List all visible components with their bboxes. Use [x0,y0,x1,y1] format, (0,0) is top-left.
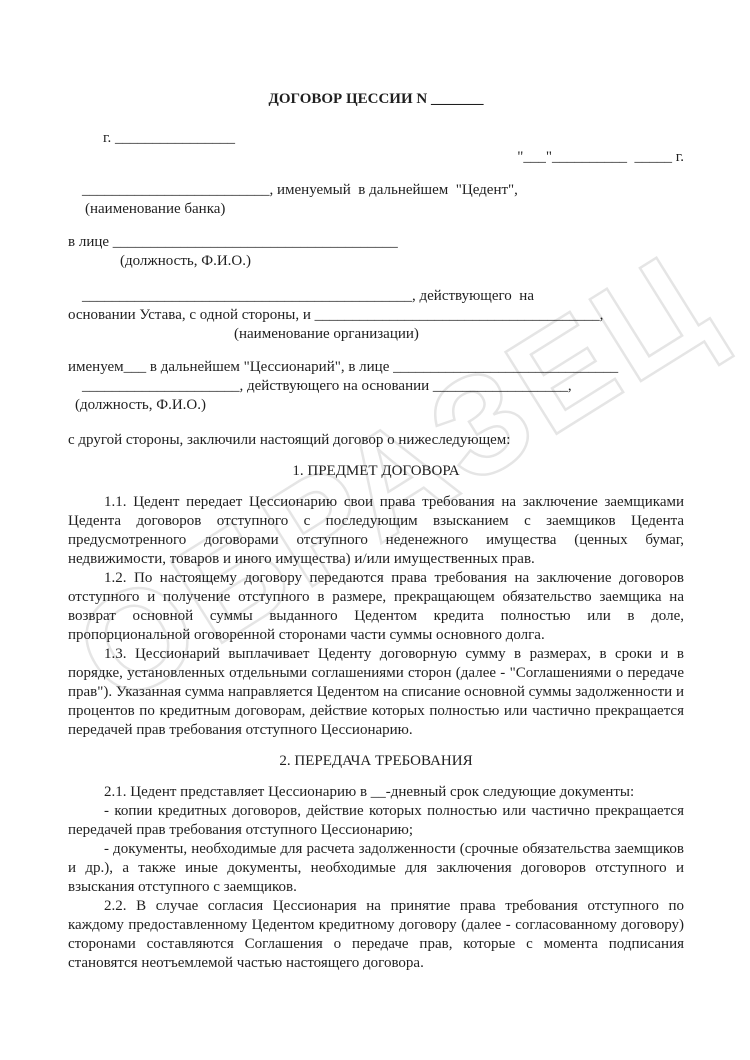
document-content: ДОГОВОР ЦЕССИИ N _______ г. ____________… [0,0,750,973]
representative-blank-line: в лице _________________________________… [68,233,684,252]
parties-closing-line: с другой стороны, заключили настоящий до… [68,431,684,450]
charter-basis-line: основании Устава, с одной стороны, и ___… [68,306,684,325]
clause-1-2: 1.2. По настоящему договору передаются п… [68,569,684,645]
cessionary-position-caption: (должность, Ф.И.О.) [68,396,684,415]
clause-1-1: 1.1. Цедент передает Цессионарию свои пр… [68,493,684,569]
clause-1-3: 1.3. Цессионарий выплачивает Цеденту дог… [68,645,684,740]
cessionary-basis-line: _____________________, действующего на о… [68,377,684,396]
clause-2-1-item-copies: - копии кредитных договоров, действие ко… [68,802,684,840]
clause-2-1: 2.1. Цедент представляет Цессионарию в _… [68,783,684,802]
cedent-name-blank-line: _________________________, именуемый в д… [68,181,684,200]
organization-name-caption: (наименование организации) [68,325,684,344]
section-2-heading: 2. ПЕРЕДАЧА ТРЕБОВАНИЯ [68,752,684,771]
document-title: ДОГОВОР ЦЕССИИ N _______ [68,90,684,109]
cessionary-name-line: именуем___ в дальнейшем "Цессионарий", в… [68,358,684,377]
bank-name-caption: (наименование банка) [68,200,684,219]
position-name-caption: (должность, Ф.И.О.) [68,252,684,271]
section-1-heading: 1. ПРЕДМЕТ ДОГОВОРА [68,462,684,481]
clause-2-1-item-documents: - документы, необходимые для расчета зад… [68,840,684,897]
document-page: ОБРАЗЕЦ ДОГОВОР ЦЕССИИ N _______ г. ____… [0,0,750,1060]
clause-2-2: 2.2. В случае согласия Цессионария на пр… [68,897,684,973]
date-blank-line: "___"__________ _____ г. [68,148,684,167]
acting-basis-blank-line: ________________________________________… [68,287,684,306]
city-blank-line: г. ________________ [68,129,684,148]
